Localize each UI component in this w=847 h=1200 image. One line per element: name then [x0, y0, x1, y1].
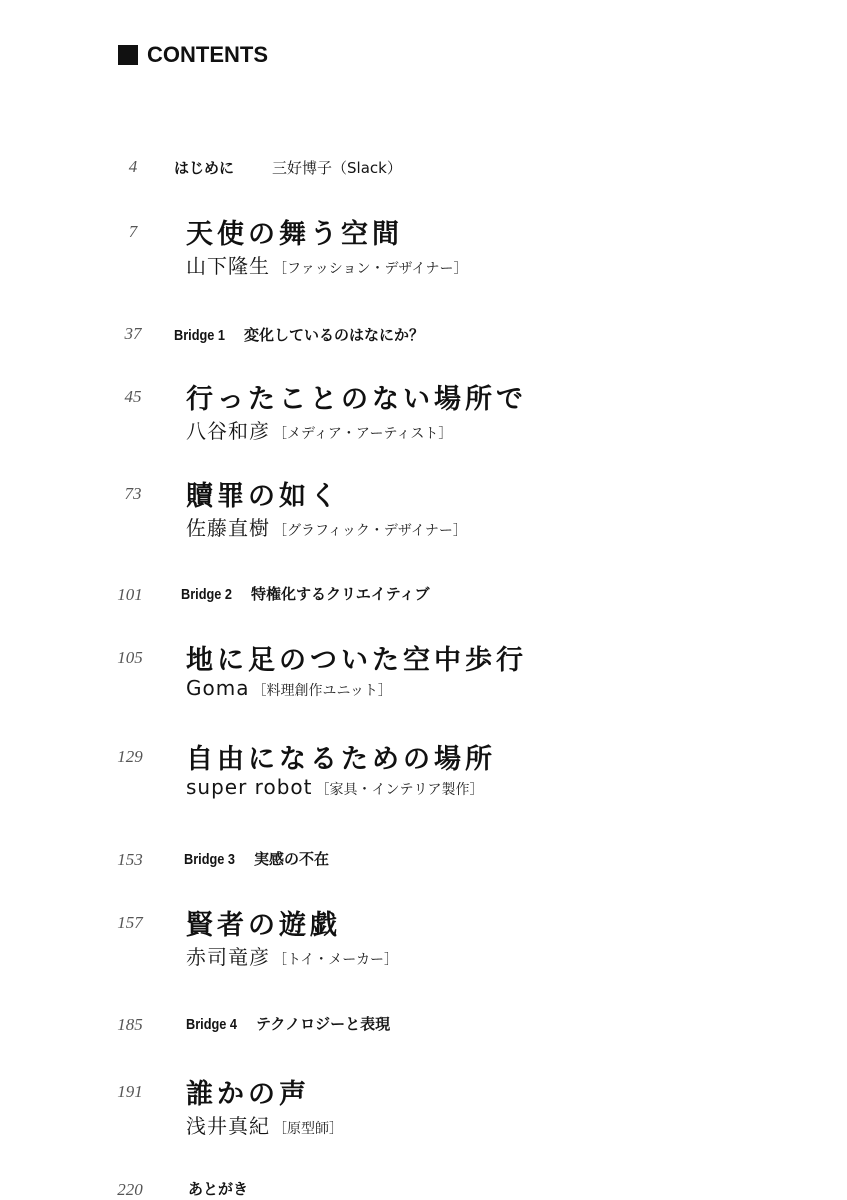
entry-label: あとがき [188, 1178, 248, 1199]
chapter-author-role: ［家具・インテリア製作］ [315, 779, 483, 799]
page-number: 220 [100, 1180, 160, 1200]
bridge-title: 実感の不在 [254, 848, 329, 869]
chapter-author: 八谷和彦 [186, 415, 270, 444]
entry-author: 三好博子（Slack） [272, 157, 402, 178]
page-number: 191 [100, 1082, 160, 1102]
page-number: 101 [100, 585, 160, 605]
contents-header: CONTENTS [118, 42, 268, 68]
chapter-author: 佐藤直樹 [186, 512, 270, 541]
chapter-title: 天使の舞う空間 [186, 212, 403, 251]
chapter-author-role: ［ファッション・デザイナー］ [273, 258, 467, 278]
chapter-title: 自由になるための場所 [186, 737, 496, 776]
chapter-title: 誰かの声 [186, 1072, 310, 1111]
chapter-author-role: ［原型師］ [273, 1118, 343, 1138]
chapter-author: 赤司竜彦 [186, 941, 270, 970]
bridge-label: Bridge 3 [184, 851, 244, 868]
page-number: 129 [100, 747, 160, 767]
chapter-author-role: ［トイ・メーカー］ [273, 949, 398, 969]
chapter-author: 山下隆生 [186, 250, 270, 279]
bridge-title: テクノロジーと表現 [256, 1013, 390, 1034]
bridge-label: Bridge 1 [174, 327, 234, 344]
bridge-title: 変化しているのはなにか？ [244, 324, 424, 345]
chapter-author: 浅井真紀 [186, 1110, 270, 1139]
page-title: CONTENTS [147, 42, 268, 68]
page-number: 185 [100, 1015, 160, 1035]
page-number: 7 [103, 222, 163, 242]
bridge-title: 特権化するクリエイティブ [251, 583, 430, 604]
chapter-title: 行ったことのない場所で [186, 377, 527, 416]
page-number: 157 [100, 913, 160, 933]
chapter-author-role: ［グラフィック・デザイナー］ [273, 520, 467, 540]
chapter-title: 贖罪の如く [186, 474, 341, 513]
page-number: 153 [100, 850, 160, 870]
page-number: 4 [103, 157, 163, 177]
bridge-label: Bridge 4 [186, 1016, 246, 1033]
chapter-title: 地に足のついた空中歩行 [186, 638, 527, 677]
square-bullet-icon [118, 45, 138, 65]
chapter-author: super robot [186, 775, 312, 799]
chapter-title: 賢者の遊戯 [186, 903, 341, 942]
entry-label: はじめに [174, 157, 234, 178]
page-number: 73 [103, 484, 163, 504]
page-number: 45 [103, 387, 163, 407]
page-number: 37 [103, 324, 163, 344]
chapter-author: Goma [186, 676, 249, 700]
page-number: 105 [100, 648, 160, 668]
bridge-label: Bridge 2 [181, 586, 241, 603]
chapter-author-role: ［料理創作ユニット］ [252, 680, 391, 700]
chapter-author-role: ［メディア・アーティスト］ [273, 423, 452, 443]
